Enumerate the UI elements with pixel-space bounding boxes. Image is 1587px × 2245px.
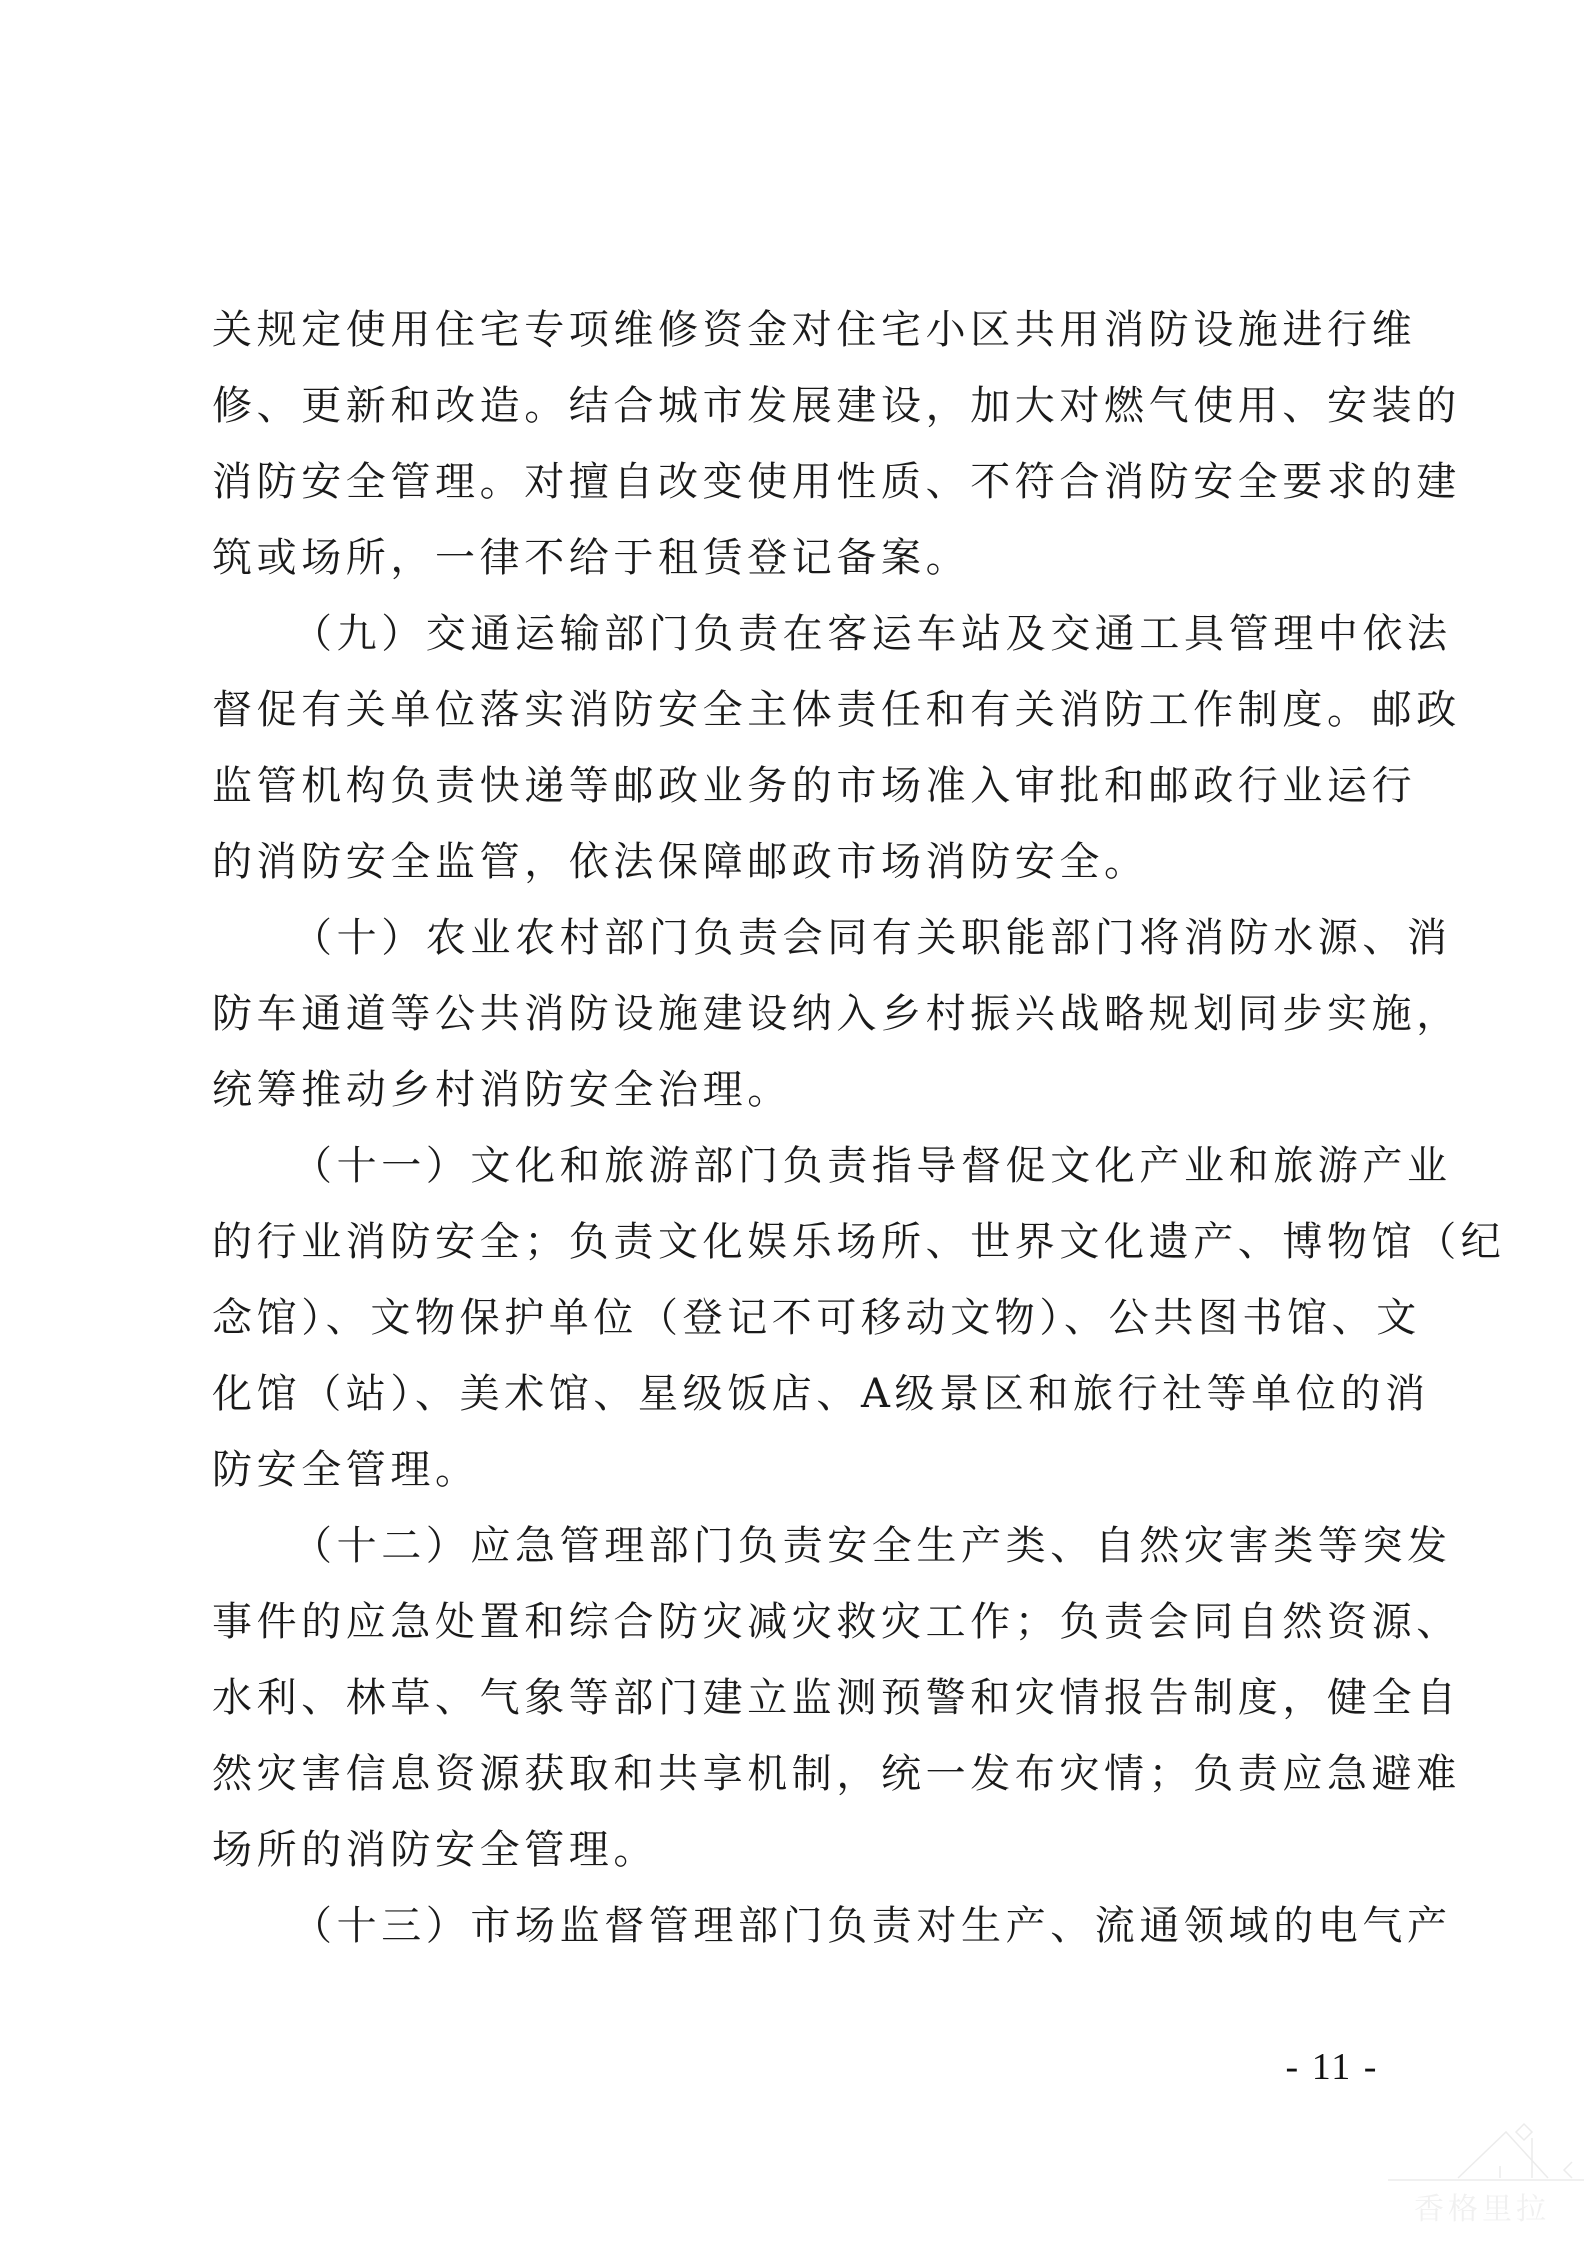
- paragraph-item-11: （十一）文化和旅游部门负责指导督促文化产业和旅游产业 的行业消防安全；负责文化娱…: [212, 1128, 1392, 1508]
- paragraph-item-12: （十二）应急管理部门负责安全生产类、自然灾害类等突发 事件的应急处置和综合防灾减…: [212, 1508, 1392, 1888]
- watermark-logo: 香格里拉: [1388, 2118, 1584, 2243]
- text-line: 监管机构负责快递等邮政业务的市场准入审批和邮政行业运行: [212, 748, 1392, 824]
- text-line: （十一）文化和旅游部门负责指导督促文化产业和旅游产业: [212, 1128, 1392, 1204]
- paragraph-continuation: 关规定使用住宅专项维修资金对住宅小区共用消防设施进行维 修、更新和改造。结合城市…: [212, 292, 1392, 596]
- text-line: （十二）应急管理部门负责安全生产类、自然灾害类等突发: [212, 1508, 1392, 1584]
- text-line: 防车通道等公共消防设施建设纳入乡村振兴战略规划同步实施，: [212, 976, 1392, 1052]
- paragraph-item-13: （十三）市场监督管理部门负责对生产、流通领域的电气产: [212, 1888, 1392, 1964]
- text-line: 化馆（站）、美术馆、星级饭店、A级景区和旅行社等单位的消: [212, 1356, 1392, 1432]
- text-line: （十）农业农村部门负责会同有关职能部门将消防水源、消: [212, 900, 1392, 976]
- page-number: - 11 -: [1262, 2042, 1402, 2092]
- paragraph-item-10: （十）农业农村部门负责会同有关职能部门将消防水源、消 防车通道等公共消防设施建设…: [212, 900, 1392, 1128]
- text-line: 防安全管理。: [212, 1432, 1392, 1508]
- text-line: 场所的消防安全管理。: [212, 1812, 1392, 1888]
- paragraph-item-9: （九）交通运输部门负责在客运车站及交通工具管理中依法 督促有关单位落实消防安全主…: [212, 596, 1392, 900]
- text-line: 的行业消防安全；负责文化娱乐场所、世界文化遗产、博物馆（纪: [212, 1204, 1392, 1280]
- text-line: 修、更新和改造。结合城市发展建设，加大对燃气使用、安装的: [212, 368, 1392, 444]
- watermark-text: 香格里拉: [1414, 2184, 1550, 2228]
- text-line: 筑或场所，一律不给于租赁登记备案。: [212, 520, 1392, 596]
- document-body: 关规定使用住宅专项维修资金对住宅小区共用消防设施进行维 修、更新和改造。结合城市…: [212, 292, 1392, 1964]
- mountain-logo-icon: [1388, 2118, 1584, 2188]
- text-line: （九）交通运输部门负责在客运车站及交通工具管理中依法: [212, 596, 1392, 672]
- text-line: 事件的应急处置和综合防灾减灾救灾工作；负责会同自然资源、: [212, 1584, 1392, 1660]
- document-page: 关规定使用住宅专项维修资金对住宅小区共用消防设施进行维 修、更新和改造。结合城市…: [0, 0, 1587, 2245]
- text-line: 督促有关单位落实消防安全主体责任和有关消防工作制度。邮政: [212, 672, 1392, 748]
- text-line: 关规定使用住宅专项维修资金对住宅小区共用消防设施进行维: [212, 292, 1392, 368]
- text-line: 然灾害信息资源获取和共享机制，统一发布灾情；负责应急避难: [212, 1736, 1392, 1812]
- text-line: （十三）市场监督管理部门负责对生产、流通领域的电气产: [212, 1888, 1392, 1964]
- text-line: 的消防安全监管，依法保障邮政市场消防安全。: [212, 824, 1392, 900]
- text-line: 消防安全管理。对擅自改变使用性质、不符合消防安全要求的建: [212, 444, 1392, 520]
- text-line: 水利、林草、气象等部门建立监测预警和灾情报告制度，健全自: [212, 1660, 1392, 1736]
- text-line: 统筹推动乡村消防安全治理。: [212, 1052, 1392, 1128]
- text-line: 念馆）、文物保护单位（登记不可移动文物）、公共图书馆、文: [212, 1280, 1392, 1356]
